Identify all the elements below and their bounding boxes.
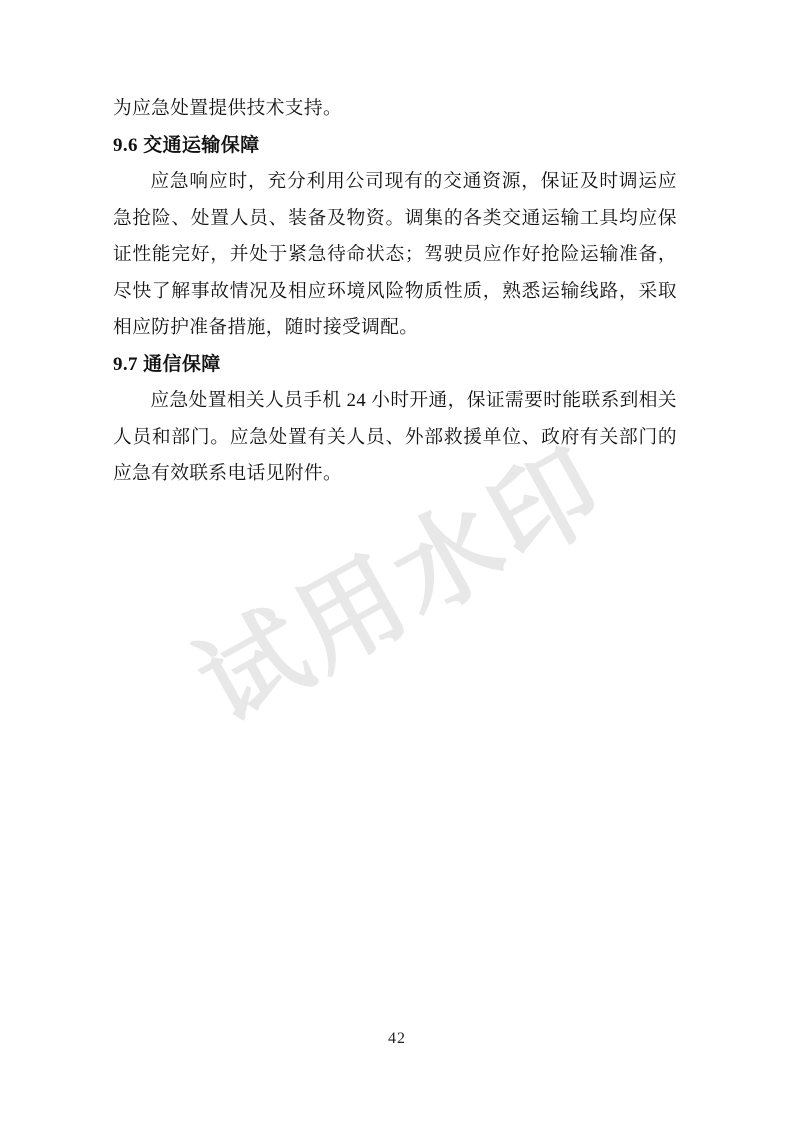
- section-body-9-6: 应急响应时，充分利用公司现有的交通资源，保证及时调运应急抢险、处置人员、装备及物…: [113, 164, 677, 347]
- document-page: 为应急处置提供技术支持。 9.6 交通运输保障 应急响应时，充分利用公司现有的交…: [0, 0, 794, 1123]
- page-number: 42: [0, 1030, 794, 1048]
- section-heading-9-6: 9.6 交通运输保障: [113, 128, 677, 165]
- section-body-9-7: 应急处置相关人员手机 24 小时开通，保证需要时能联系到相关人员和部门。应急处置…: [113, 383, 677, 493]
- document-body: 为应急处置提供技术支持。 9.6 交通运输保障 应急响应时，充分利用公司现有的交…: [113, 91, 677, 493]
- section-heading-9-7: 9.7 通信保障: [113, 347, 677, 384]
- paragraph-continuation: 为应急处置提供技术支持。: [113, 91, 677, 128]
